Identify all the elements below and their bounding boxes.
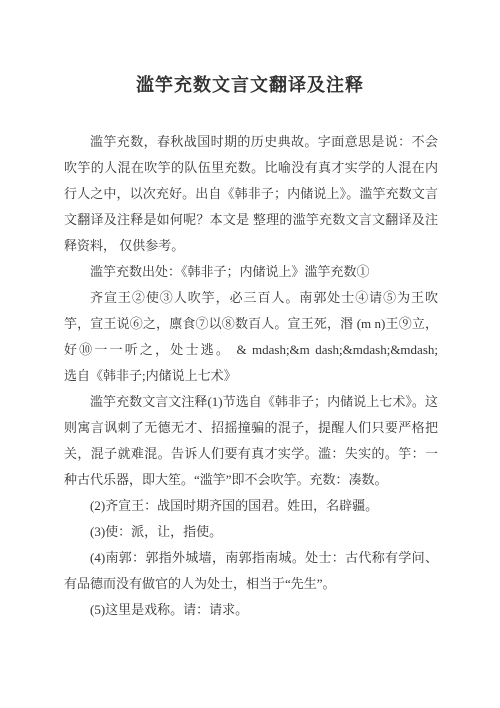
paragraph-annotation-5: (5)这里是戏称。请：请求。 [64,597,438,623]
document-body: 滥竽充数，春秋战国时期的历史典故。字面意思是说：不会吹竽的人混在吹竽的队伍里充数… [64,129,438,623]
paragraph-original-text: 齐宣王②使③人吹竽，必三百人。南郭处士④请⑤为王吹竽，宣王说⑥之，廪食⑦以⑧数百… [64,285,438,389]
paragraph-annotation-1: 滥竽充数文言文注释(1)节选自《韩非子；内储说上七术》。这则寓言讽刺了无德无才、… [64,389,438,493]
document-title: 滥竽充数文言文翻译及注释 [0,0,500,97]
paragraph-annotation-2: (2)齐宣王：战国时期齐国的国君。姓田，名辟疆。 [64,493,438,519]
paragraph-annotation-3: (3)使：派，让，指使。 [64,519,438,545]
paragraph-intro: 滥竽充数，春秋战国时期的历史典故。字面意思是说：不会吹竽的人混在吹竽的队伍里充数… [64,129,438,259]
paragraph-annotation-4: (4)南郭：郭指外城墙，南郭指南城。处士：古代称有学问、有品德而没有做官的人为处… [64,545,438,597]
paragraph-source: 滥竽充数出处：《韩非子；内储说上》滥竽充数① [64,259,438,285]
document-page: 滥竽充数文言文翻译及注释 滥竽充数，春秋战国时期的历史典故。字面意思是说：不会吹… [0,0,500,708]
